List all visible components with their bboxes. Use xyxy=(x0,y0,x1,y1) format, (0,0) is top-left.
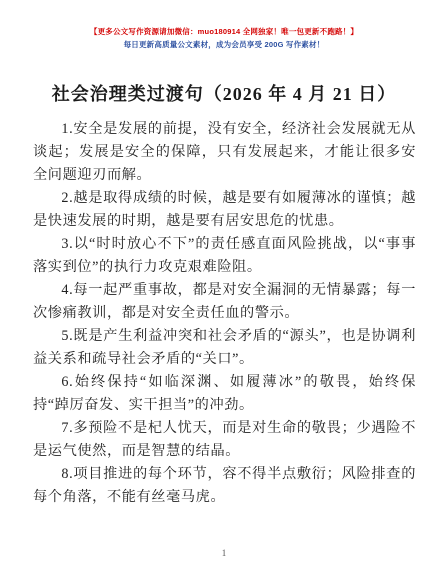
paragraph-4: 4.每一起严重事故，都是对安全漏洞的无情暴露；每一次惨痛教训，都是对安全责任血的… xyxy=(33,279,416,325)
page-number: 1 xyxy=(0,548,448,558)
document-body: 1.安全是发展的前提，没有安全，经济社会发展就无从谈起；发展是安全的保障，只有发… xyxy=(33,118,416,509)
paragraph-7: 7.多预险不是杞人忧天，而是对生命的敬畏；少遇险不是运气使然，而是智慧的结晶。 xyxy=(33,417,416,463)
paragraph-2: 2.越是取得成绩的时候，越是要有如履薄冰的谨慎；越是快速发展的时期，越是要有居安… xyxy=(33,187,416,233)
paragraph-3: 3.以“时时放心不下”的责任感直面风险挑战，以“事事落实到位”的执行力攻克艰难险… xyxy=(33,233,416,279)
paragraph-8: 8.项目推进的每个环节，容不得半点敷衍；风险排查的每个角落，不能有丝毫马虎。 xyxy=(33,463,416,509)
paragraph-6: 6.始终保持“如临深渊、如履薄冰”的敬畏，始终保持“踔厉奋发、实干担当”的冲劲。 xyxy=(33,371,416,417)
page-title: 社会治理类过渡句（2026 年 4 月 21 日） xyxy=(30,82,418,106)
document-page: 【更多公文写作资源请加微信：muo180914 全网独家！唯一包更新不跑路！】 … xyxy=(0,0,448,580)
paragraph-5: 5.既是产生利益冲突和社会矛盾的“源头”，也是协调利益关系和疏导社会矛盾的“关口… xyxy=(33,325,416,371)
header-notice-line1: 【更多公文写作资源请加微信：muo180914 全网独家！唯一包更新不跑路！】 xyxy=(0,25,448,38)
header-notice-line2: 每日更新高质量公文素材，成为会员享受 200G 写作素材！ xyxy=(0,38,448,51)
header-notice: 【更多公文写作资源请加微信：muo180914 全网独家！唯一包更新不跑路！】 … xyxy=(0,0,448,51)
paragraph-1: 1.安全是发展的前提，没有安全，经济社会发展就无从谈起；发展是安全的保障，只有发… xyxy=(33,118,416,187)
